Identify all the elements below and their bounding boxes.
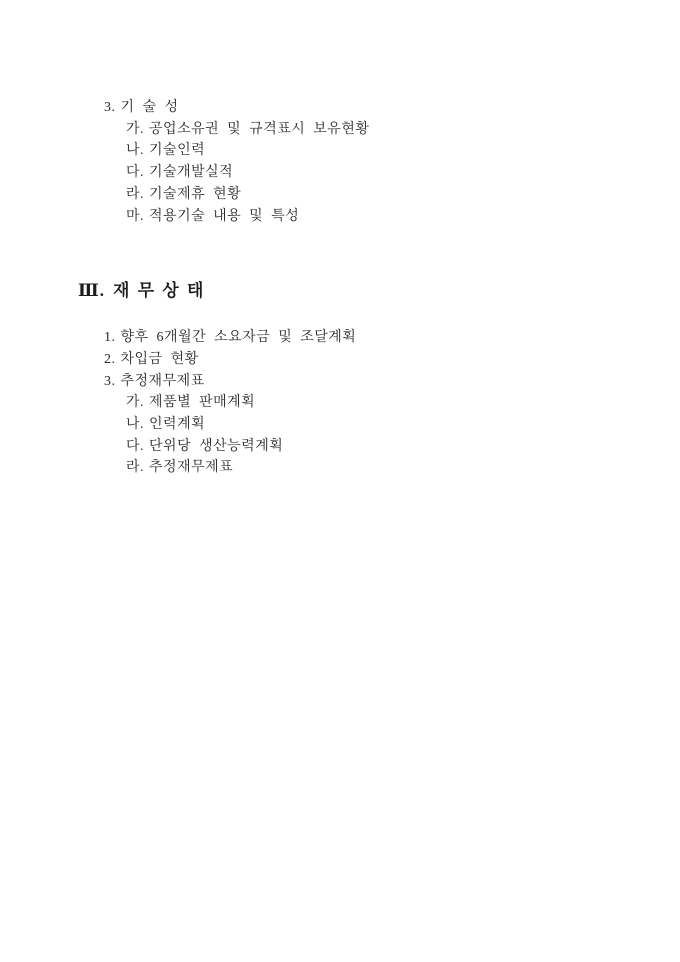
section-heading-label: 재 무 상 태 (113, 281, 204, 300)
toc-item: 2.차입금 현황 (0, 349, 680, 371)
section-heading-numeral: Ⅲ. (78, 279, 105, 303)
toc-subitem: 가.제품별 판매계획 (0, 392, 680, 414)
toc-section-tech-title: 3.기 술 성 (0, 97, 680, 119)
toc-subitem-marker: 라. (126, 457, 144, 479)
toc-subitem-label: 기술개발실적 (149, 165, 233, 180)
toc-subitem: 가.공업소유권 및 규격표시 보유현황 (0, 119, 680, 141)
toc-subitem-label: 기술제휴 현황 (149, 187, 241, 202)
finance-item-list: 1.향후 6개월간 소요자금 및 조달계획 2.차입금 현황 3.추정재무제표 … (0, 327, 680, 479)
toc-subitem-label: 기술인력 (149, 143, 205, 158)
toc-item-marker: 1. (104, 327, 116, 349)
toc-subitem-label: 추정재무제표 (149, 460, 233, 475)
toc-subitem-label: 인력계획 (149, 417, 205, 432)
toc-item-marker: 2. (104, 349, 116, 371)
toc-subitem-marker: 나. (126, 414, 144, 436)
toc-subitem-marker: 마. (126, 206, 144, 228)
toc-item-label: 추정재무제표 (121, 374, 205, 389)
toc-subitem-marker: 가. (126, 119, 144, 141)
toc-subitem-label: 제품별 판매계획 (149, 395, 255, 410)
toc-subitem: 라.추정재무제표 (0, 457, 680, 479)
toc-subitem: 마.적용기술 내용 및 특성 (0, 206, 680, 228)
table-of-contents: 3.기 술 성 가.공업소유권 및 규격표시 보유현황 나.기술인력 다.기술개… (0, 0, 680, 479)
toc-subitem: 나.인력계획 (0, 414, 680, 436)
section-heading-finance: Ⅲ.재 무 상 태 (0, 279, 680, 303)
toc-subitem-marker: 다. (126, 436, 144, 458)
toc-item: 1.향후 6개월간 소요자금 및 조달계획 (0, 327, 680, 349)
toc-section-tech-label: 기 술 성 (121, 100, 179, 115)
toc-subitem-marker: 가. (126, 392, 144, 414)
toc-item: 3.추정재무제표 (0, 371, 680, 393)
toc-subitem-label: 적용기술 내용 및 특성 (149, 209, 299, 224)
toc-subitem: 라.기술제휴 현황 (0, 184, 680, 206)
toc-section-tech-marker: 3. (104, 97, 116, 119)
toc-subitem: 다.기술개발실적 (0, 162, 680, 184)
document-page: 3.기 술 성 가.공업소유권 및 규격표시 보유현황 나.기술인력 다.기술개… (0, 0, 680, 962)
toc-subitem-marker: 나. (126, 140, 144, 162)
toc-subitem: 다.단위당 생산능력계획 (0, 436, 680, 458)
toc-subitem: 나.기술인력 (0, 140, 680, 162)
toc-subitem-label: 단위당 생산능력계획 (149, 439, 283, 454)
toc-item-marker: 3. (104, 371, 116, 393)
toc-item-label: 차입금 현황 (121, 352, 199, 367)
toc-subitem-marker: 다. (126, 162, 144, 184)
toc-item-label: 향후 6개월간 소요자금 및 조달계획 (121, 330, 357, 345)
toc-subitem-label: 공업소유권 및 규격표시 보유현황 (149, 122, 369, 137)
toc-subitem-marker: 라. (126, 184, 144, 206)
